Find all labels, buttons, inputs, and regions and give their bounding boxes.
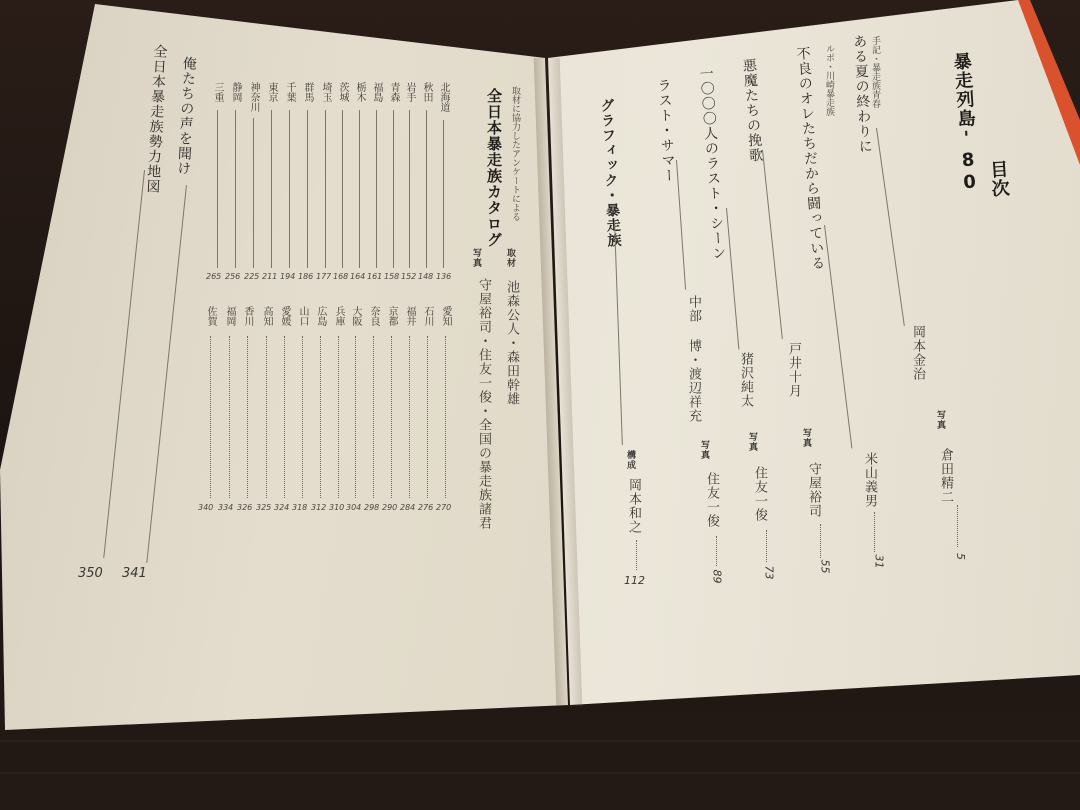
entry-photographer: 倉田精二 [936,448,955,504]
credit-label: 構成 [624,450,637,470]
photo-label: 写真 [470,248,483,268]
page-number: 31 [873,555,886,569]
entry-subtitle: ルポ・川崎暴走族 [824,44,833,116]
page-number: 5 [954,553,967,560]
dot-leader [636,540,637,570]
entry-photographer: 住友一俊 [750,466,769,522]
dot-leader [716,536,717,566]
catalog-title: 全日本暴走族カタログ [484,88,505,248]
dot-leader [874,512,875,552]
dot-leader [957,505,958,547]
catalog-subtitle: 取材に協力したアンケートによる [510,86,519,221]
page-number: 73 [763,566,776,580]
page-number: 341 [122,566,147,581]
entry-photographer: 守屋裕司 [804,462,823,518]
entry-photographer: 住友一俊 [702,472,721,528]
entry-author: 中部 博・渡辺祥充 [684,295,703,423]
entry-author: 岡本和之 [624,478,643,534]
page-number: 55 [819,560,832,574]
photo-label: 写真 [800,428,813,448]
page-number: 350 [78,566,103,581]
interview-label: 取材 [504,248,517,268]
photo-label: 写真 [746,432,759,452]
page-number: 89 [711,570,724,584]
photo-credits: 守屋裕司・住友一俊・全国の暴走族諸君 [474,278,493,530]
dot-leader [766,530,767,562]
open-book: 暴走列島'80 目次 手記・暴走族青春 ある夏の終わりに 岡本金治 写真 倉田精… [0,0,1080,810]
photo-label: 写真 [934,410,947,430]
photo-label: 写真 [698,440,711,460]
interview-credits: 池森公人・森田幹雄 [502,280,521,406]
contents-heading: 目次 [984,159,1013,199]
page-number: 112 [624,574,645,587]
entry-author: 戸井十月 [784,342,803,398]
entry-author: 岡本金治 [908,325,927,381]
entry-author: 米山義男 [860,452,879,508]
dot-leader [820,524,821,558]
entry-author: 猪沢純太 [736,352,755,408]
